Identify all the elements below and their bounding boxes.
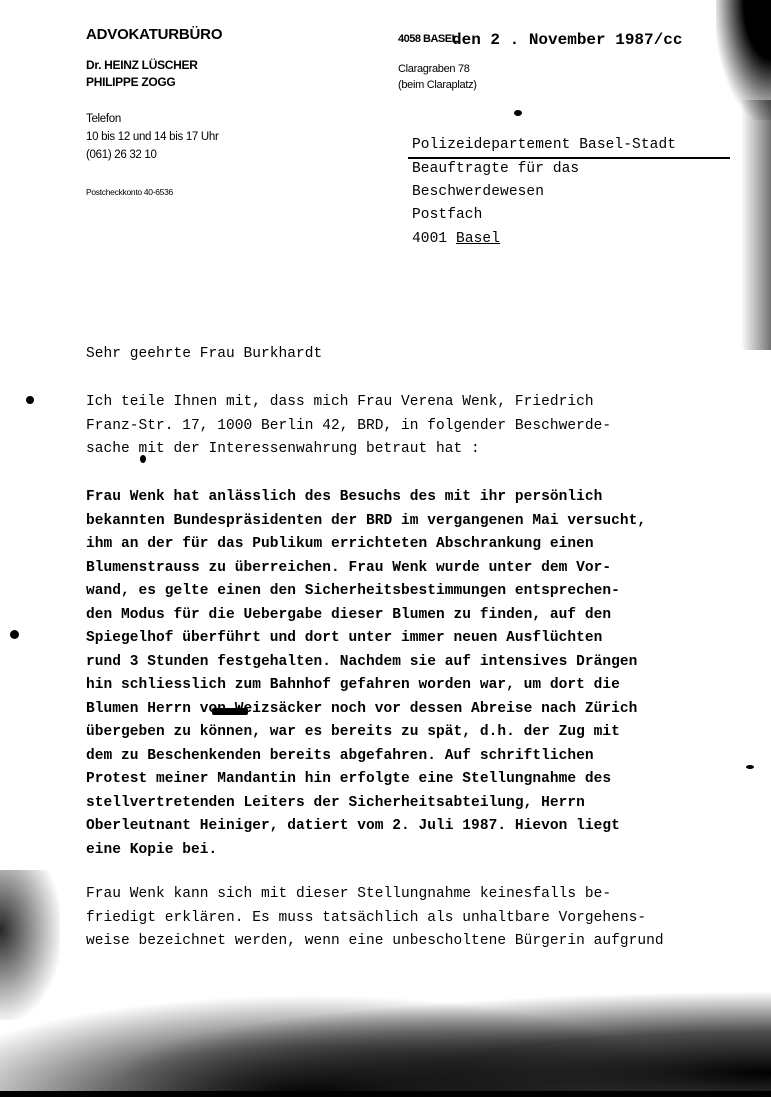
body-line: Frau Wenk kann sich mit dieser Stellungn… [86,886,611,902]
firm-street: Claragraben 78 [398,63,470,75]
scan-speck [514,110,522,116]
body-line: den Modus für die Uebergabe dieser Blume… [86,607,611,623]
phone-hours: 10 bis 12 und 14 bis 17 Uhr [86,131,219,143]
scan-speck [140,455,146,463]
body-line: übergeben zu können, war es bereits zu s… [86,724,620,740]
body-line: Ich teile Ihnen mit, dass mich Frau Vere… [86,394,594,410]
scan-shadow [0,977,771,1097]
recipient-line: Beschwerdewesen [412,184,544,200]
address-rule [408,157,730,159]
body-line: Protest meiner Mandantin hin erfolgte ei… [86,771,611,787]
salutation: Sehr geehrte Frau Burkhardt [86,346,322,362]
partner-name: Dr. HEINZ LÜSCHER [86,58,198,72]
phone-label: Telefon [86,113,121,125]
body-line: Franz-Str. 17, 1000 Berlin 42, BRD, in f… [86,418,611,434]
phone-number: (061) 26 32 10 [86,149,157,161]
firm-street-note: (beim Claraplatz) [398,79,477,91]
postcheck-account: Postcheckkonto 40-6536 [86,187,173,197]
scan-speck [26,396,34,404]
letter-date: den 2 . November 1987/cc [452,31,682,49]
scan-speck [746,765,754,769]
body-line: ihm an der für das Publikum errichteten … [86,536,594,552]
body-line: Blumenstrauss zu überreichen. Frau Wenk … [86,560,611,576]
body-line: stellvertretenden Leiters der Sicherheit… [86,795,585,811]
body-line: eine Kopie bei. [86,842,217,858]
body-line: friedigt erklären. Es muss tatsächlich a… [86,910,646,926]
scan-speck [10,630,19,639]
body-line: wand, es gelte einen den Sicherheitsbest… [86,583,620,599]
recipient-postcode: 4001 [412,231,447,247]
scan-smudge [212,708,248,715]
body-line: hin schliesslich zum Bahnhof gefahren wo… [86,677,620,693]
recipient-city: Basel [456,231,500,247]
body-line: Blumen Herrn von Weizsäcker noch vor des… [86,701,637,717]
body-line: Frau Wenk hat anlässlich des Besuchs des… [86,489,602,505]
body-line: rund 3 Stunden festgehalten. Nachdem sie… [86,654,637,670]
scan-shadow [741,100,771,350]
scan-edge [0,1091,771,1097]
recipient-line: Postfach [412,207,482,223]
recipient-city-line: 4001 Basel [412,231,500,247]
recipient-line: Polizeidepartement Basel-Stadt [412,137,676,153]
recipient-line: Beauftragte für das [412,161,579,177]
body-line: Oberleutnant Heiniger, datiert vom 2. Ju… [86,818,620,834]
body-line: weise bezeichnet werden, wenn eine unbes… [86,933,664,949]
body-line: Spiegelhof überführt und dort unter imme… [86,630,602,646]
firm-name: ADVOKATURBÜRO [86,26,222,43]
body-line: dem zu Beschenkenden bereits abgefahren.… [86,748,594,764]
body-line: sache mit der Interessenwahrung betraut … [86,441,480,457]
body-line: bekannten Bundespräsidenten der BRD im v… [86,513,646,529]
partner-name: PHILIPPE ZOGG [86,75,175,89]
